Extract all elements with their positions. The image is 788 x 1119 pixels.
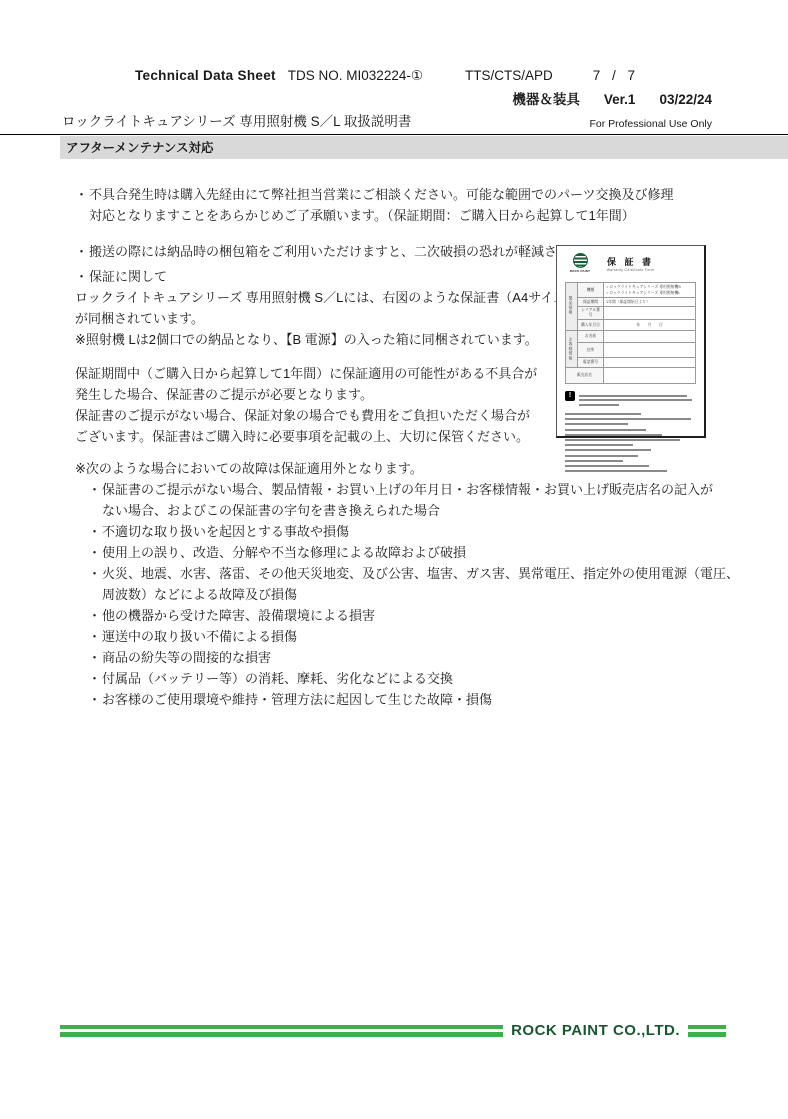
warranty-card-figure: ROCK PAINT 保 証 書 Warranty Certificate Fo…: [556, 245, 706, 438]
group-product-label: 製品情報: [569, 296, 574, 315]
bullet-marker: ・: [75, 184, 89, 226]
version-label: Ver.1: [604, 92, 636, 107]
tds-number: TDS NO. MI032224-①: [288, 68, 423, 84]
body-line: 周波数）などによる故障及び損傷: [102, 584, 739, 605]
bullet-marker: ・: [88, 647, 102, 668]
period-label: 保証期間: [578, 298, 604, 307]
address-label: 住所: [578, 343, 604, 358]
footer-accent-bars-left: [60, 1025, 503, 1037]
group-customer-label: お客様情報: [569, 337, 574, 361]
doc-type-title: Technical Data Sheet: [135, 68, 276, 83]
bullet-marker: ・: [75, 266, 89, 287]
document-page: Technical Data Sheet TDS NO. MI032224-① …: [0, 0, 788, 1119]
date-label: 03/22/24: [659, 92, 712, 107]
body-line: ない場合、およびこの保証書の字句を書き換えられた場合: [102, 500, 713, 521]
model-option: ○ ロックライトキュアシリーズ 専用照射機L: [606, 290, 693, 296]
section-banner: アフターメンテナンス対応: [60, 136, 788, 159]
bullet-item-contact: ・ 不具合発生時は購入先経由にて弊社担当営業にご相談ください。可能な範囲でのパー…: [75, 184, 788, 226]
bullet-marker: ・: [88, 668, 102, 689]
bullet-marker: ・: [75, 241, 89, 262]
body-line: 商品の紛失等の間接的な損害: [102, 647, 271, 668]
warning-icon: !: [565, 391, 575, 401]
header-row-1: Technical Data Sheet TDS NO. MI032224-① …: [0, 68, 788, 84]
document-footer: ROCK PAINT CO.,LTD.: [60, 1022, 726, 1039]
body-line: 搬送の際には納品時の梱包箱をご利用いただけますと、二次破損の恐れが軽減されます。: [89, 241, 608, 262]
exclusion-item: ・ 付属品（バッテリー等）の消耗、摩耗、劣化などによる交換: [88, 668, 788, 689]
name-label: お名前: [578, 331, 604, 343]
bullet-marker: ・: [88, 563, 102, 605]
header-row-3: ロックライトキュアシリーズ 専用照射機 S／L 取扱説明書 For Profes…: [0, 108, 788, 135]
body-line: 対応となりますことをあらかじめご了承願います。（保証期間：ご購入日から起算して1…: [89, 205, 673, 226]
bullet-marker: ・: [88, 689, 102, 710]
body-line: 保証書のご提示がない場合、製品情報・お買い上げの年月日・お客様情報・お買い上げ販…: [102, 479, 713, 500]
body-line: 保証に関して: [89, 266, 167, 287]
serial-label: シリアル番号: [578, 307, 604, 320]
document-header: Technical Data Sheet TDS NO. MI032224-① …: [0, 0, 788, 159]
exclusion-item: ・ 保証書のご提示がない場合、製品情報・お買い上げの年月日・お客様情報・お買い上…: [88, 479, 788, 521]
body-line: 火災、地震、水害、落雷、その他天災地変、及び公害、塩害、ガス害、異常電圧、指定外…: [102, 563, 739, 584]
exclusion-item: ・ お客様のご使用環境や維持・管理方法に起因して生じた故障・損傷: [88, 689, 788, 710]
logo-text: ROCK PAINT: [567, 269, 593, 273]
bullet-marker: ・: [88, 479, 102, 521]
professional-use-label: For Professional Use Only: [589, 118, 712, 130]
body-line: 他の機器から受けた障害、設備環境による損害: [102, 605, 375, 626]
body-line: 付属品（バッテリー等）の消耗、摩耗、劣化などによる交換: [102, 668, 453, 689]
dealer-label: 販売店名: [566, 368, 604, 384]
model-label: 機種: [578, 283, 604, 298]
purchase-date-label: 購入年月日: [578, 320, 604, 331]
body-line: お客様のご使用環境や維持・管理方法に起因して生じた故障・損傷: [102, 689, 492, 710]
exclusion-item: ・ 不適切な取り扱いを起因とする事故や損傷: [88, 521, 788, 542]
exclusion-item: ・ 火災、地震、水害、落雷、その他天災地変、及び公害、塩害、ガス害、異常電圧、指…: [88, 563, 788, 605]
category-label: 機器＆装具: [512, 88, 580, 108]
phone-label: 電話番号: [578, 358, 604, 368]
footer-company-logo: ROCK PAINT CO.,LTD.: [511, 1022, 680, 1039]
footer-accent-bars-right: [688, 1025, 726, 1037]
dept-code: TTS/CTS/APD: [465, 68, 553, 83]
body-line: 不具合発生時は購入先経由にて弊社担当営業にご相談ください。可能な範囲でのパーツ交…: [89, 184, 673, 205]
body-line: 運送中の取り扱い不備による損傷: [102, 626, 297, 647]
bullet-marker: ・: [88, 626, 102, 647]
bullet-marker: ・: [88, 605, 102, 626]
page-number: 7 / 7: [593, 68, 635, 83]
body-line: 不適切な取り扱いを起因とする事故や損傷: [102, 521, 349, 542]
body-line: 使用上の誤り、改造、分解や不当な修理による故障および破損: [102, 542, 466, 563]
bullet-marker: ・: [88, 542, 102, 563]
purchase-date-value: 年 月 日: [604, 320, 696, 331]
exclusion-item: ・ 商品の紛失等の間接的な損害: [88, 647, 788, 668]
fineprint-lines: [565, 413, 696, 472]
rock-paint-logo-icon: ROCK PAINT: [567, 253, 593, 273]
product-title: ロックライトキュアシリーズ 専用照射機 S／L 取扱説明書: [62, 110, 411, 130]
exclusion-item: ・ 他の機器から受けた障害、設備環境による損害: [88, 605, 788, 626]
bullet-marker: ・: [88, 521, 102, 542]
period-value: 1年間（保証開始日より）: [604, 298, 696, 307]
warning-text-lines: [579, 391, 696, 408]
exclusion-item: ・ 使用上の誤り、改造、分解や不当な修理による故障および破損: [88, 542, 788, 563]
header-row-2: 機器＆装具 Ver.1 03/22/24: [0, 88, 788, 108]
exclusion-item: ・ 運送中の取り扱い不備による損傷: [88, 626, 788, 647]
warranty-card-table: 製品情報 機種 ○ ロックライトキュアシリーズ 専用照射機S ○ ロックライトキ…: [565, 282, 696, 384]
